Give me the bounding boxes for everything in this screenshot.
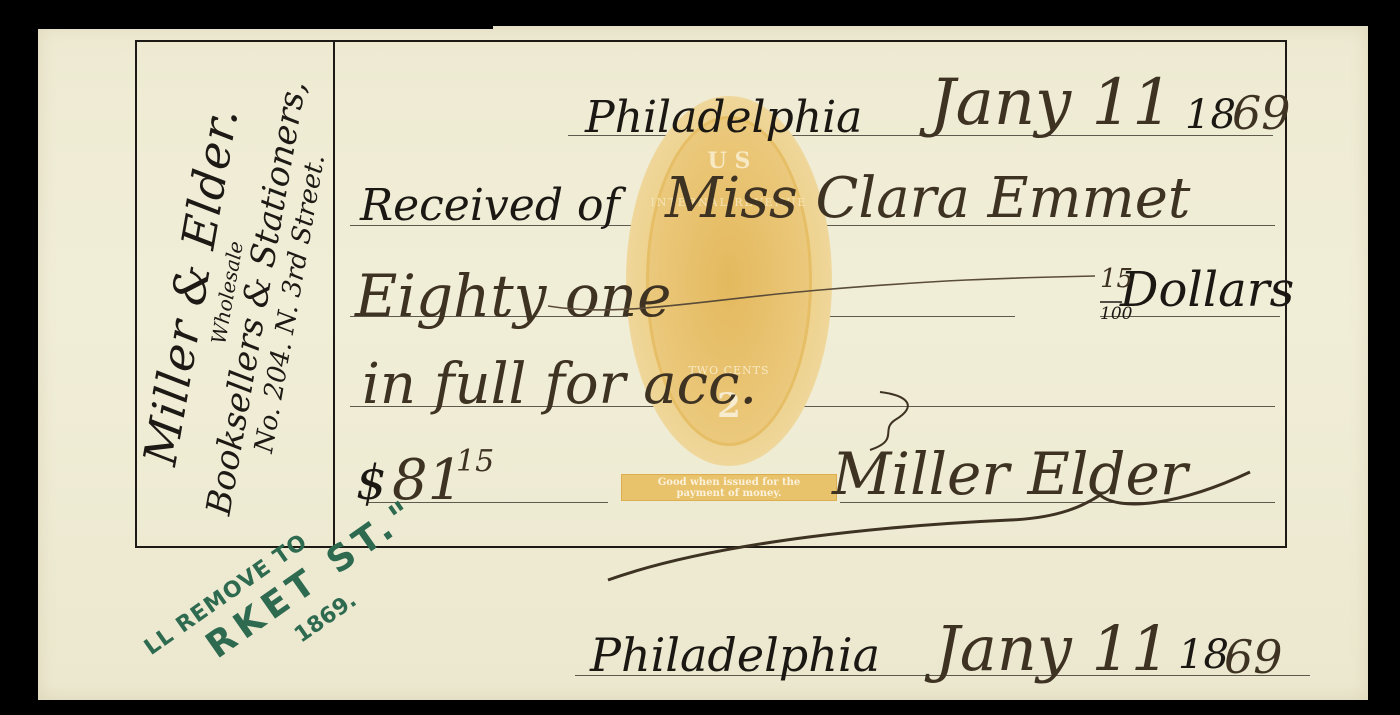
stamp-plate-line1: Good when issued for the [622,477,836,488]
side-panel: Miller & Elder. Wholesale Booksellers & … [137,42,333,546]
signature: Miller Elder [832,440,1188,508]
amount-words: Eighty one [355,262,671,330]
date-handwritten: Jany 11 [930,66,1173,140]
stub-year-prefix: 18 [1178,632,1229,678]
cents-numerator: 15 [1100,264,1133,294]
amount-cents: 15 [456,444,494,479]
paper-torn-edge [38,26,493,29]
stub-date-handwritten: Jany 11 [935,612,1170,685]
payer-name: Miss Clara Emmet [665,166,1190,231]
stub-place-printed: Philadelphia [590,628,880,682]
stamp-plate: Good when issued for the payment of mone… [621,474,837,501]
dollars-label: Dollars [1120,262,1294,318]
stub-year-suffix: 69 [1224,630,1283,684]
dollar-sign: $ [356,455,387,511]
memo-handwritten: in full for acc. [362,352,757,417]
year-suffix-handwritten: 69 [1232,86,1291,140]
received-of-label: Received of [360,180,620,231]
place-printed: Philadelphia [585,92,862,143]
firm-imprint: Miller & Elder. Wholesale Booksellers & … [127,65,343,523]
stamp-plate-line2: payment of money. [622,488,836,499]
year-prefix-printed: 18 [1185,92,1236,138]
